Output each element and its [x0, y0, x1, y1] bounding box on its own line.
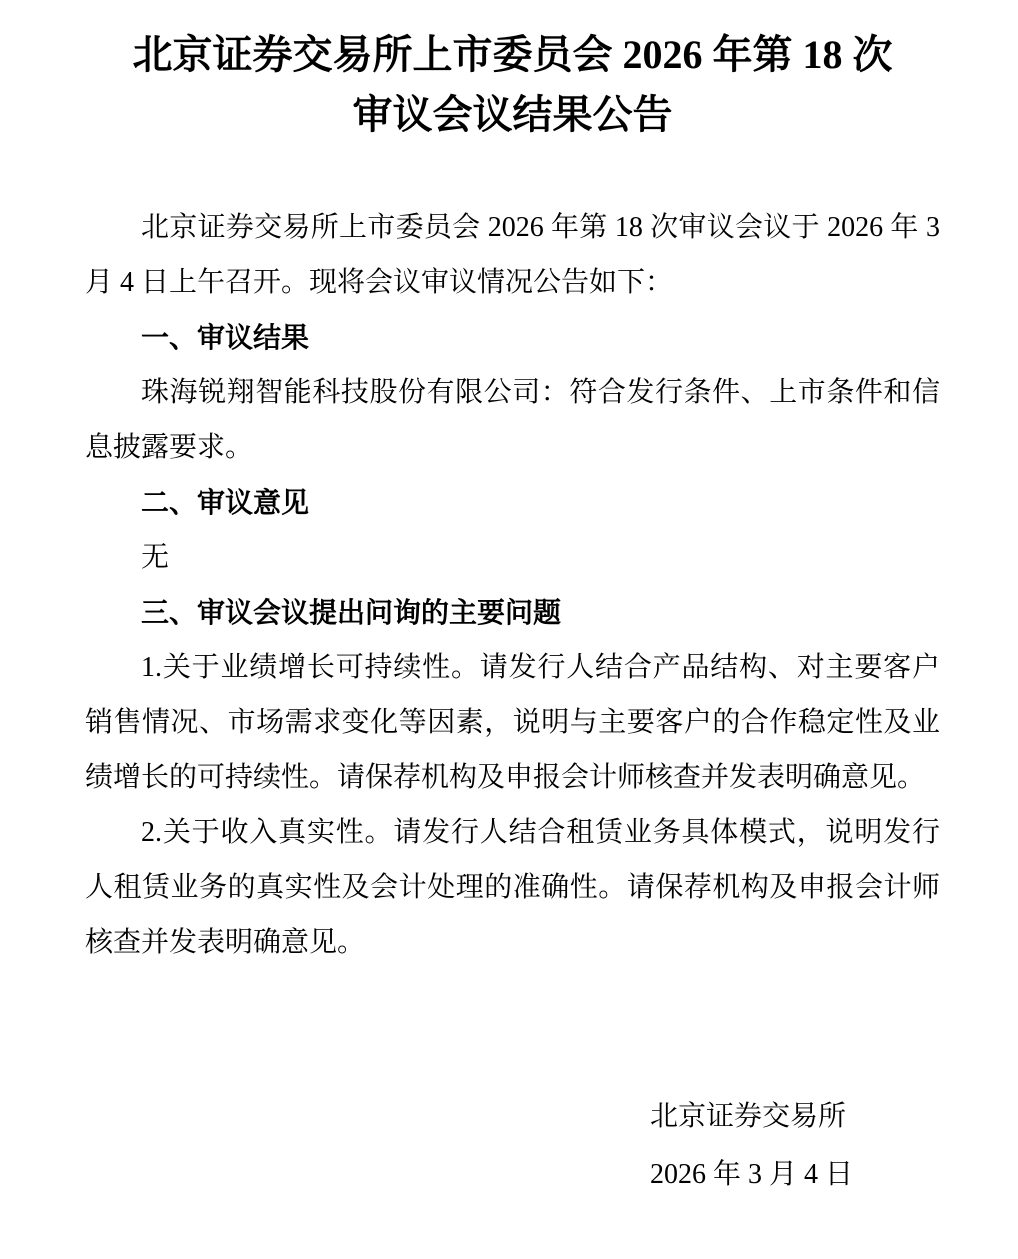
intro-paragraph: 北京证券交易所上市委员会 2026 年第 18 次审议会议于 2026 年 3 … [85, 200, 940, 310]
signature-date: 2026 年 3 月 4 日 [650, 1146, 940, 1204]
document-title: 北京证券交易所上市委员会 2026 年第 18 次 审议会议结果公告 [85, 25, 940, 145]
signature-block: 北京证券交易所 2026 年 3 月 4 日 [650, 1088, 940, 1204]
section-3-paragraph-2: 2.关于收入真实性。请发行人结合租赁业务具体模式，说明发行人租赁业务的真实性及会… [85, 805, 940, 970]
section-1-heading: 一、审议结果 [85, 310, 940, 365]
section-3-paragraph-1: 1.关于业绩增长可持续性。请发行人结合产品结构、对主要客户销售情况、市场需求变化… [85, 640, 940, 805]
document-body: 北京证券交易所上市委员会 2026 年第 18 次审议会议于 2026 年 3 … [85, 200, 940, 970]
document-page: 北京证券交易所上市委员会 2026 年第 18 次 审议会议结果公告 北京证券交… [0, 0, 1018, 1259]
section-3-heading: 三、审议会议提出问询的主要问题 [85, 585, 940, 640]
section-1-paragraph-1: 珠海锐翔智能科技股份有限公司：符合发行条件、上市条件和信息披露要求。 [85, 365, 940, 475]
title-line-1: 北京证券交易所上市委员会 2026 年第 18 次 [85, 25, 940, 85]
section-2-heading: 二、审议意见 [85, 475, 940, 530]
signature-org: 北京证券交易所 [650, 1088, 940, 1146]
section-2-paragraph-1: 无 [85, 530, 940, 585]
title-line-2: 审议会议结果公告 [85, 85, 940, 145]
